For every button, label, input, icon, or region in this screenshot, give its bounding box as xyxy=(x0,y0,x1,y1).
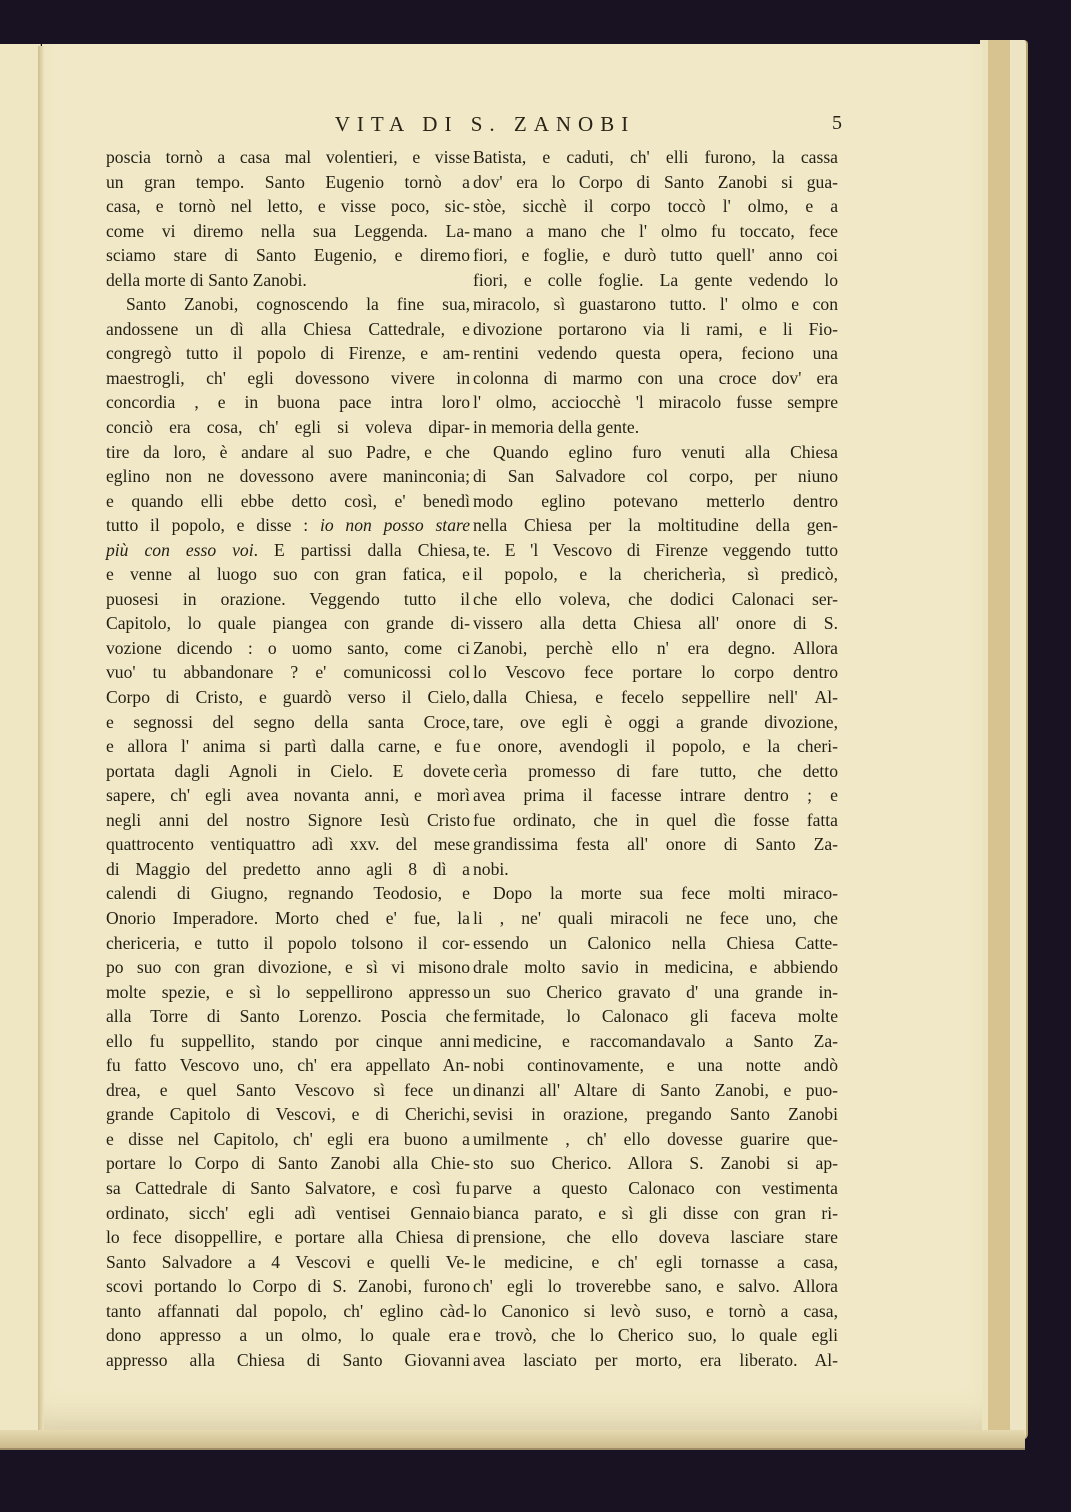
italic-quote: io non posso stare xyxy=(320,515,470,535)
text-line: molte spezie, e sì lo seppellirono appre… xyxy=(106,980,470,1005)
text-line: grandissima festa all' onore di Santo Za… xyxy=(473,832,838,857)
text-line: nobi. xyxy=(473,857,838,882)
text-line: e segnossi del segno della santa Croce, xyxy=(106,710,470,735)
text-line: Corpo di Cristo, e guardò verso il Cielo… xyxy=(106,685,470,710)
text-column-right: Batista, e caduti, ch' elli furono, la c… xyxy=(473,145,838,1372)
text-line: un suo Cherico gravato d' una grande in- xyxy=(473,980,838,1005)
text-line: Santo Zanobi, cognoscendo la fine sua, xyxy=(106,292,470,317)
text-line: portare lo Corpo di Santo Zanobi alla Ch… xyxy=(106,1151,470,1176)
text-line: e disse nel Capitolo, ch' egli era buono… xyxy=(106,1127,470,1152)
text-line: medicine, e raccomandavalo a Santo Za- xyxy=(473,1029,838,1054)
text-line: il popolo, e la chericherìa, sì predicò, xyxy=(473,562,838,587)
page-number: 5 xyxy=(832,112,842,135)
text-line: Capitolo, lo quale piangea con grande di… xyxy=(106,611,470,636)
text-line: te. E 'l Vescovo di Firenze veggendo tut… xyxy=(473,538,838,563)
text-line: fu fatto Vescovo uno, ch' era appellato … xyxy=(106,1053,470,1078)
text-line: eglino non ne dovessono avere maninconia… xyxy=(106,464,470,489)
text-line: fiori, e foglie, e durò tutto quell' ann… xyxy=(473,243,838,268)
text-line: e allora l' anima si partì dalla carne, … xyxy=(106,734,470,759)
text-line: avea lasciato per morto, era liberato. A… xyxy=(473,1348,838,1373)
text-column-left: poscia tornò a casa mal volentieri, e vi… xyxy=(106,145,470,1372)
text-line: e trovò, che lo Cherico suo, lo quale eg… xyxy=(473,1323,838,1348)
text-line: in memoria della gente. xyxy=(473,415,838,440)
text-line: e quando elli ebbe detto così, e' benedì xyxy=(106,489,470,514)
text-line: Batista, e caduti, ch' elli furono, la c… xyxy=(473,145,838,170)
text-line: tare, ove egli è oggi a grande divozione… xyxy=(473,710,838,735)
binding-gutter xyxy=(38,46,44,1441)
text-line: poscia tornò a casa mal volentieri, e vi… xyxy=(106,145,470,170)
text-line: fiori, e colle foglie. La gente vedendo … xyxy=(473,268,838,293)
text-line: tutto il popolo, e disse : io non posso … xyxy=(106,513,470,538)
text-line: appresso alla Chiesa di Santo Giovanni xyxy=(106,1348,470,1373)
text-line: quattrocento ventiquattro adì xxv. del m… xyxy=(106,832,470,857)
text-line: Dopo la morte sua fece molti miraco- xyxy=(473,881,838,906)
text-line: negli anni del nostro Signore Iesù Crist… xyxy=(106,808,470,833)
text-line: come vi diremo nella sua Leggenda. La- xyxy=(106,219,470,244)
text-line: Quando eglino furo venuti alla Chiesa xyxy=(473,440,838,465)
text-line: fermitade, lo Calonaco gli faceva molte xyxy=(473,1004,838,1029)
text-line: Santo Salvadore a 4 Vescovi e quelli Ve- xyxy=(106,1250,470,1275)
text-line: lo fece disoppellire, e portare alla Chi… xyxy=(106,1225,470,1250)
text-line: portata dagli Agnoli in Cielo. E dovete xyxy=(106,759,470,784)
italic-quote: più con esso voi xyxy=(106,540,254,560)
text-line: della morte di Santo Zanobi. xyxy=(106,268,470,293)
text-line: tanto affannati dal popolo, ch' eglino c… xyxy=(106,1299,470,1324)
text-line: chericeria, e tutto il popolo tolsono il… xyxy=(106,931,470,956)
text-line: conciò era cosa, ch' egli si voleva dipa… xyxy=(106,415,470,440)
text-line: dalla Chiesa, e fecelo seppellire nell' … xyxy=(473,685,838,710)
text-line: ello fu suppellito, stando por cinque an… xyxy=(106,1029,470,1054)
text-line: e venne al luogo suo con gran fatica, e xyxy=(106,562,470,587)
text-line: ordinato, sicch' egli adì ventisei Genna… xyxy=(106,1201,470,1226)
text-line: dono appresso a un olmo, lo quale era xyxy=(106,1323,470,1348)
text-line: scovi portando lo Corpo di S. Zanobi, fu… xyxy=(106,1274,470,1299)
text-line: essendo un Calonico nella Chiesa Catte- xyxy=(473,931,838,956)
text-line: miracolo, sì guastarono tutto. l' olmo e… xyxy=(473,292,838,317)
text-line: alla Torre di Santo Lorenzo. Poscia che xyxy=(106,1004,470,1029)
text-line: sto suo Cherico. Allora S. Zanobi si ap- xyxy=(473,1151,838,1176)
text-line: nella Chiesa per la moltitudine della ge… xyxy=(473,513,838,538)
text-line: ch' egli lo troverebbe sano, e salvo. Al… xyxy=(473,1274,838,1299)
page-bottom-edge xyxy=(0,1430,1025,1450)
text-line: dinanzi all' Altare di Santo Zanobi, e p… xyxy=(473,1078,838,1103)
text-line: divozione portarono via li rami, e li Fi… xyxy=(473,317,838,342)
text-line: più con esso voi. E partissi dalla Chies… xyxy=(106,538,470,563)
text-line: stòe, sicchè il corpo toccò l' olmo, e a xyxy=(473,194,838,219)
text-line: mano a mano che l' olmo fu toccato, fece xyxy=(473,219,838,244)
text-line: vozione dicendo : o uomo santo, come ci xyxy=(106,636,470,661)
text-line: dov' era lo Corpo di Santo Zanobi si gua… xyxy=(473,170,838,195)
running-title: VITA DI S. ZANOBI xyxy=(100,112,840,137)
text-line: puosesi in orazione. Veggendo tutto il xyxy=(106,587,470,612)
facing-page-edge xyxy=(0,44,41,1444)
page-stack-edge xyxy=(980,40,1028,1440)
text-line: colonna di marmo con una croce dov' era xyxy=(473,366,838,391)
text-line: grande Capitolo di Vescovi, e di Cherich… xyxy=(106,1102,470,1127)
text-line: maestrogli, ch' egli dovessono vivere in xyxy=(106,366,470,391)
text-line: di San Salvadore col corpo, per niuno xyxy=(473,464,838,489)
text-line: sa Cattedrale di Santo Salvatore, e così… xyxy=(106,1176,470,1201)
text-line: Onorio Imperadore. Morto ched e' fue, la xyxy=(106,906,470,931)
text-line: andossene un dì alla Chiesa Cattedrale, … xyxy=(106,317,470,342)
text-line: li , ne' quali miracoli ne fece uno, che xyxy=(473,906,838,931)
text-line: vuo' tu abbandonare ? e' comunicossi col xyxy=(106,660,470,685)
text-line: e onore, avendogli il popolo, e la cheri… xyxy=(473,734,838,759)
text-line: un gran tempo. Santo Eugenio tornò a xyxy=(106,170,470,195)
text-line: nobi continovamente, e una notte andò xyxy=(473,1053,838,1078)
text-line: vissero alla detta Chiesa all' onore di … xyxy=(473,611,838,636)
text-line: parve a questo Calonaco con vestimenta xyxy=(473,1176,838,1201)
text-line: bianca parato, e sì gli disse con gran r… xyxy=(473,1201,838,1226)
text-line: concordia , e in buona pace intra loro xyxy=(106,390,470,415)
text-line: che ello voleva, che dodici Calonaci ser… xyxy=(473,587,838,612)
text-line: congregò tutto il popolo di Firenze, e a… xyxy=(106,341,470,366)
text-line: di Maggio del predetto anno agli 8 dì a xyxy=(106,857,470,882)
text-line: sciamo stare di Santo Eugenio, e diremo xyxy=(106,243,470,268)
text-line: Zanobi, perchè ello n' era degno. Allora xyxy=(473,636,838,661)
text-line: tire da loro, è andare al suo Padre, e c… xyxy=(106,440,470,465)
text-line: le medicine, e ch' egli tornasse a casa, xyxy=(473,1250,838,1275)
text-line: sapere, ch' egli avea novanta anni, e mo… xyxy=(106,783,470,808)
text-line: calendi di Giugno, regnando Teodosio, e xyxy=(106,881,470,906)
text-line: drea, e quel Santo Vescovo sì fece un xyxy=(106,1078,470,1103)
text-line: umilmente , ch' ello dovesse guarire que… xyxy=(473,1127,838,1152)
text-line: fue ordinato, che in quel dìe fosse fatt… xyxy=(473,808,838,833)
text-line: lo Vescovo fece portare lo corpo dentro xyxy=(473,660,838,685)
text-line: po suo con gran divozione, e sì vi mison… xyxy=(106,955,470,980)
running-head: VITA DI S. ZANOBI 5 xyxy=(100,112,840,142)
text-line: cerìa promesso di fare tutto, che detto xyxy=(473,759,838,784)
text-line: lo Canonico si levò suso, e tornò a casa… xyxy=(473,1299,838,1324)
text-line: l' olmo, acciocchè 'l miracolo fusse sem… xyxy=(473,390,838,415)
text-line: rentini vedendo questa opera, feciono un… xyxy=(473,341,838,366)
text-line: prensione, che ello doveva lasciare star… xyxy=(473,1225,838,1250)
text-line: modo eglino potevano metterlo dentro xyxy=(473,489,838,514)
text-line: sevisi in orazione, pregando Santo Zanob… xyxy=(473,1102,838,1127)
text-line: avea prima il facesse intrare dentro ; e xyxy=(473,783,838,808)
text-line: drale molto savio in medicina, e abbiend… xyxy=(473,955,838,980)
text-line: casa, e tornò nel letto, e visse poco, s… xyxy=(106,194,470,219)
